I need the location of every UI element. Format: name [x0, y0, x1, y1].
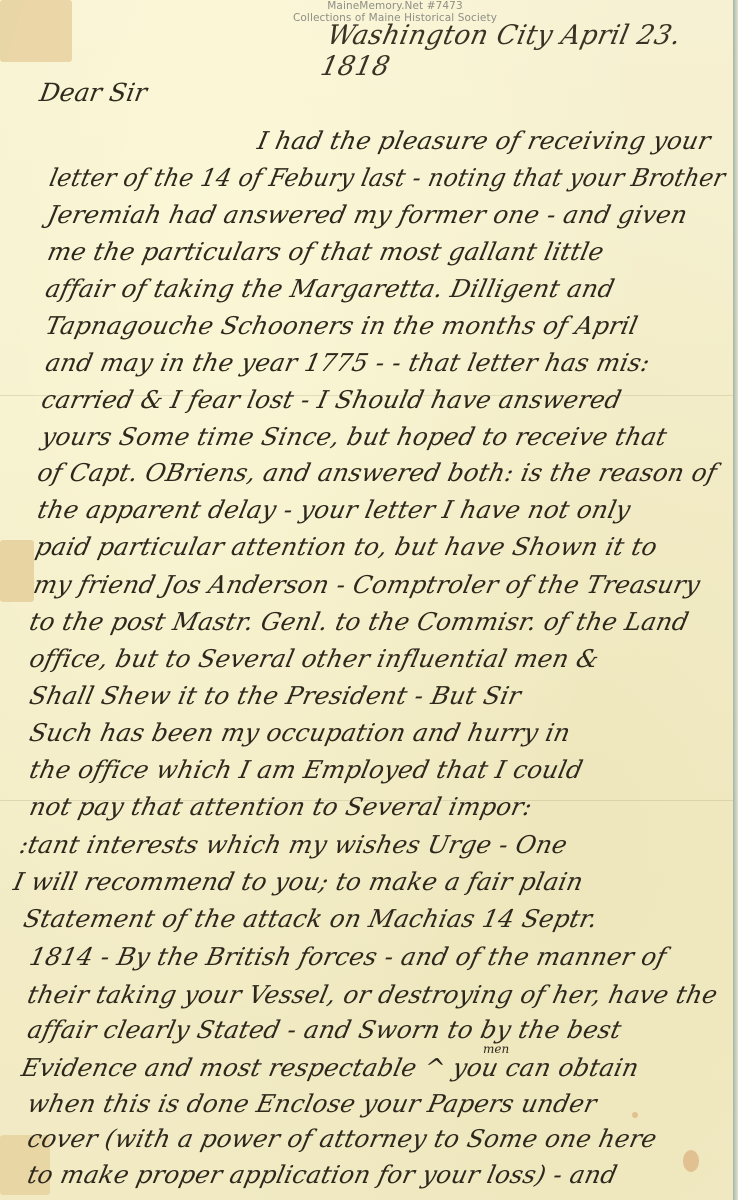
letter-line: letter of the 14 of Febury last - noting… — [47, 163, 728, 192]
letter-line: carried & I fear lost - I Should have an… — [39, 385, 624, 414]
letter-line: I will recommend to you; to make a fair … — [11, 867, 586, 896]
letter-line: their taking your Vessel, or destroying … — [25, 980, 720, 1009]
letter-line: paid particular attention to, but have S… — [33, 532, 660, 561]
letter-line: Statement of the attack on Machias 14 Se… — [21, 904, 600, 933]
inserted-word: men — [483, 1042, 509, 1056]
watermark-site-id: MaineMemory.Net #7473 — [280, 0, 510, 12]
letter-line: Tapnagouche Schooners in the months of A… — [43, 311, 641, 340]
ink-spot — [683, 1150, 699, 1172]
letter-line: my friend Jos Anderson - Comptroler of t… — [31, 570, 703, 599]
letter-line: the apparent delay - your letter I have … — [35, 495, 633, 524]
paper-stain — [0, 540, 34, 602]
letter-line: me the particulars of that most gallant … — [45, 237, 607, 266]
letter-line: Evidence and most respectable ^ you can … — [19, 1053, 642, 1082]
letter-line: Such has been my occupation and hurry in — [27, 718, 573, 747]
letter-line: to make proper application for your loss… — [25, 1160, 620, 1189]
letter-line: to the post Mastr. Genl. to the Commisr.… — [27, 607, 692, 636]
ink-spot — [632, 1112, 638, 1118]
letter-line: the office which I am Employed that I co… — [27, 755, 586, 784]
letter-line: yours Some time Since, but hoped to rece… — [39, 422, 670, 451]
letter-line: affair clearly Stated - and Sworn to by … — [25, 1015, 624, 1044]
letter-line: cover (with a power of attorney to Some … — [25, 1124, 660, 1153]
letter-line: not pay that attention to Several impor: — [27, 792, 535, 821]
letter-line: 1814 - By the British forces - and of th… — [27, 942, 669, 971]
letter-line: Jeremiah had answered my former one - an… — [45, 200, 690, 229]
paper-stain — [0, 0, 72, 62]
letter-line: when this is done Enclose your Papers un… — [25, 1089, 600, 1118]
letter-dateline: Washington City April 23. 1818 — [318, 20, 738, 82]
letter-line: :tant interests which my wishes Urge - O… — [17, 830, 570, 859]
letter-line: I had the pleasure of receiving your — [255, 126, 713, 155]
letter-line: and may in the year 1775 - - that letter… — [43, 348, 653, 377]
letter-line: of Capt. OBriens, and answered both: is … — [35, 458, 720, 487]
letter-line: Shall Shew it to the President - But Sir — [27, 681, 524, 710]
letter-line: office, but to Several other influential… — [27, 644, 602, 673]
letter-salutation: Dear Sir — [37, 78, 149, 107]
page-edge — [733, 0, 738, 1200]
letter-line: affair of taking the Margaretta. Dillige… — [43, 274, 617, 303]
